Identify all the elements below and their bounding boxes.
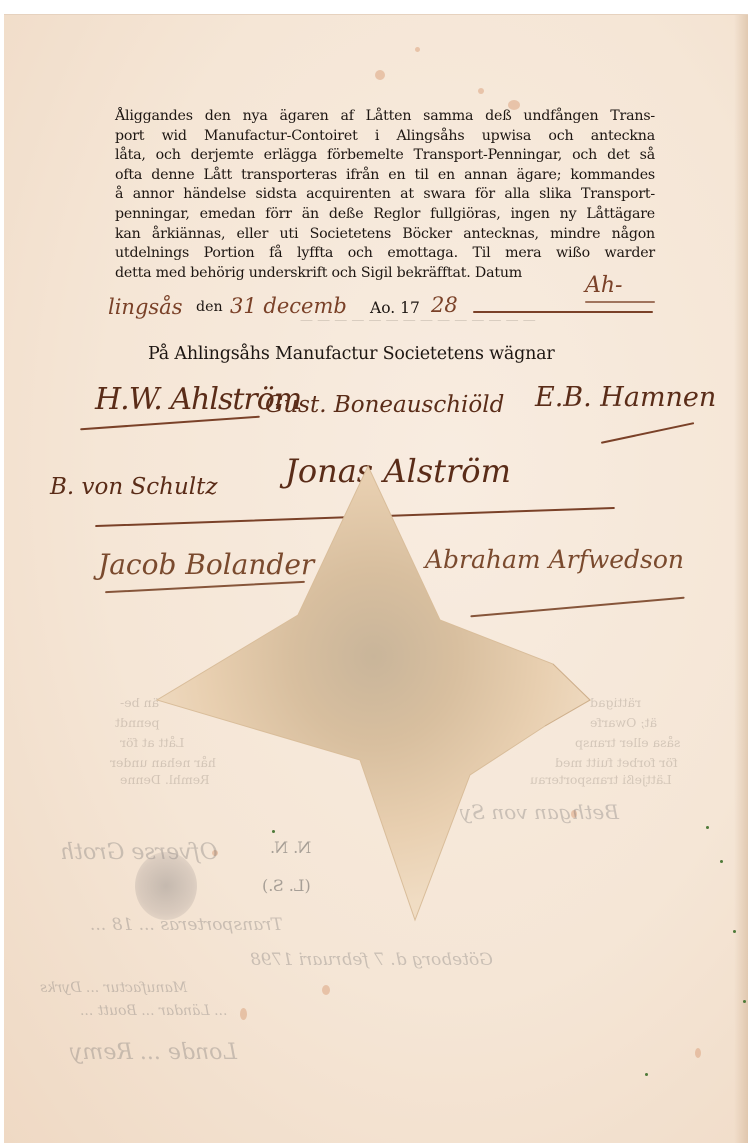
printed-line: kan årkiännas, eller uti Societetens Böc… <box>115 225 655 245</box>
printed-line: port wid Manufactur-Contoiret i Alingsåh… <box>115 127 655 147</box>
signatory-placeholder: N. N. <box>270 838 311 857</box>
date-prefix: den <box>196 299 223 315</box>
company-heading: På Ahlingsåhs Manufactur Societetens wäg… <box>148 344 658 364</box>
foxing-stain <box>478 88 484 94</box>
bleed-through-print: Lått at för <box>120 735 184 750</box>
handwritten-year: 28 <box>431 293 458 317</box>
bleed-through-print: ät; Owarfe <box>590 715 657 730</box>
bleed-through-handwriting: ... Ländar ... Boutt ... <box>80 1003 228 1019</box>
signature: Gust. Boneauschiöld <box>265 392 504 418</box>
signature: E.B. Hamnen <box>535 382 716 413</box>
green-speck <box>733 930 736 933</box>
printed-line: ofta denne Lått transporteras ifrån en t… <box>115 166 655 186</box>
foxing-stain <box>415 47 420 52</box>
bleed-through-print: fälders ät <box>440 670 500 685</box>
bleed-through-print: penndt <box>115 715 160 730</box>
signature: Abraham Arfwedson <box>425 545 684 574</box>
bleed-through-handwriting: Londe ... Remy <box>70 1040 237 1065</box>
printed-line: Åliggandes den nya ägaren af Låtten samm… <box>115 107 655 127</box>
printed-line: å annor händelse sidsta acquirenten at s… <box>115 185 655 205</box>
bleed-through-print: rättigad <box>590 695 641 710</box>
printed-line: detta med behörig underskrift och Sigil … <box>115 264 655 284</box>
year-label: Ao. 17 <box>370 299 420 317</box>
printed-line: penningar, emedan förr än deße Reglor fu… <box>115 205 655 225</box>
signature: Jonas Alström <box>285 452 511 490</box>
bleed-through-print: hår nehan under <box>110 755 216 770</box>
bleed-through-print: för forbet fuitt med <box>555 755 678 770</box>
date-line: lingsås den 31 decemb Ao. 17 28 <box>108 297 658 321</box>
printed-line: utdelnings Portion få lyffta och emottag… <box>115 244 655 264</box>
ink-rule <box>473 311 653 313</box>
handwritten-date: 31 decemb <box>230 294 347 318</box>
bleed-through-handwriting: Ofverse Groth <box>60 840 218 865</box>
bleed-through-handwriting: Göteborg d. 7 februari 1798 <box>250 950 493 970</box>
handwritten-place-part1: Ah- <box>585 273 623 298</box>
foxing-stain <box>375 70 385 80</box>
signature: B. von Schultz <box>50 474 217 500</box>
green-speck <box>645 1073 648 1076</box>
seal-impression <box>135 852 197 920</box>
signature: Jacob Bolander <box>98 548 314 581</box>
green-speck <box>743 1000 746 1003</box>
bleed-through-print: än be- <box>120 695 159 710</box>
page-edge-shadow <box>734 15 748 1143</box>
green-speck <box>706 826 709 829</box>
foxing-stain <box>322 985 330 995</box>
printed-line: låta, och derjemte erlägga förbemelte Tr… <box>115 146 655 166</box>
foxing-stain <box>695 1048 701 1058</box>
bleed-through-print: såsa eller transp <box>575 735 680 750</box>
bleed-through-handwriting: Transporteras ... 18 ... <box>90 915 283 935</box>
bleed-through-handwriting: Bethgan von Sy <box>460 800 619 824</box>
foxing-stain <box>240 1008 247 1020</box>
handwritten-place-part2: lingsås <box>108 295 182 319</box>
green-speck <box>272 830 275 833</box>
green-speck <box>720 860 723 863</box>
printed-terms-text: Åliggandes den nya ägaren af Låtten samm… <box>115 107 655 283</box>
seal-label: (L. S.) <box>262 876 311 895</box>
bleed-through-print: Lättjeßi transporterau <box>530 772 672 787</box>
bleed-through-print: Remhl. Denne <box>120 772 210 787</box>
bleed-through-handwriting: Manufactur ... Dyrks <box>40 980 187 996</box>
